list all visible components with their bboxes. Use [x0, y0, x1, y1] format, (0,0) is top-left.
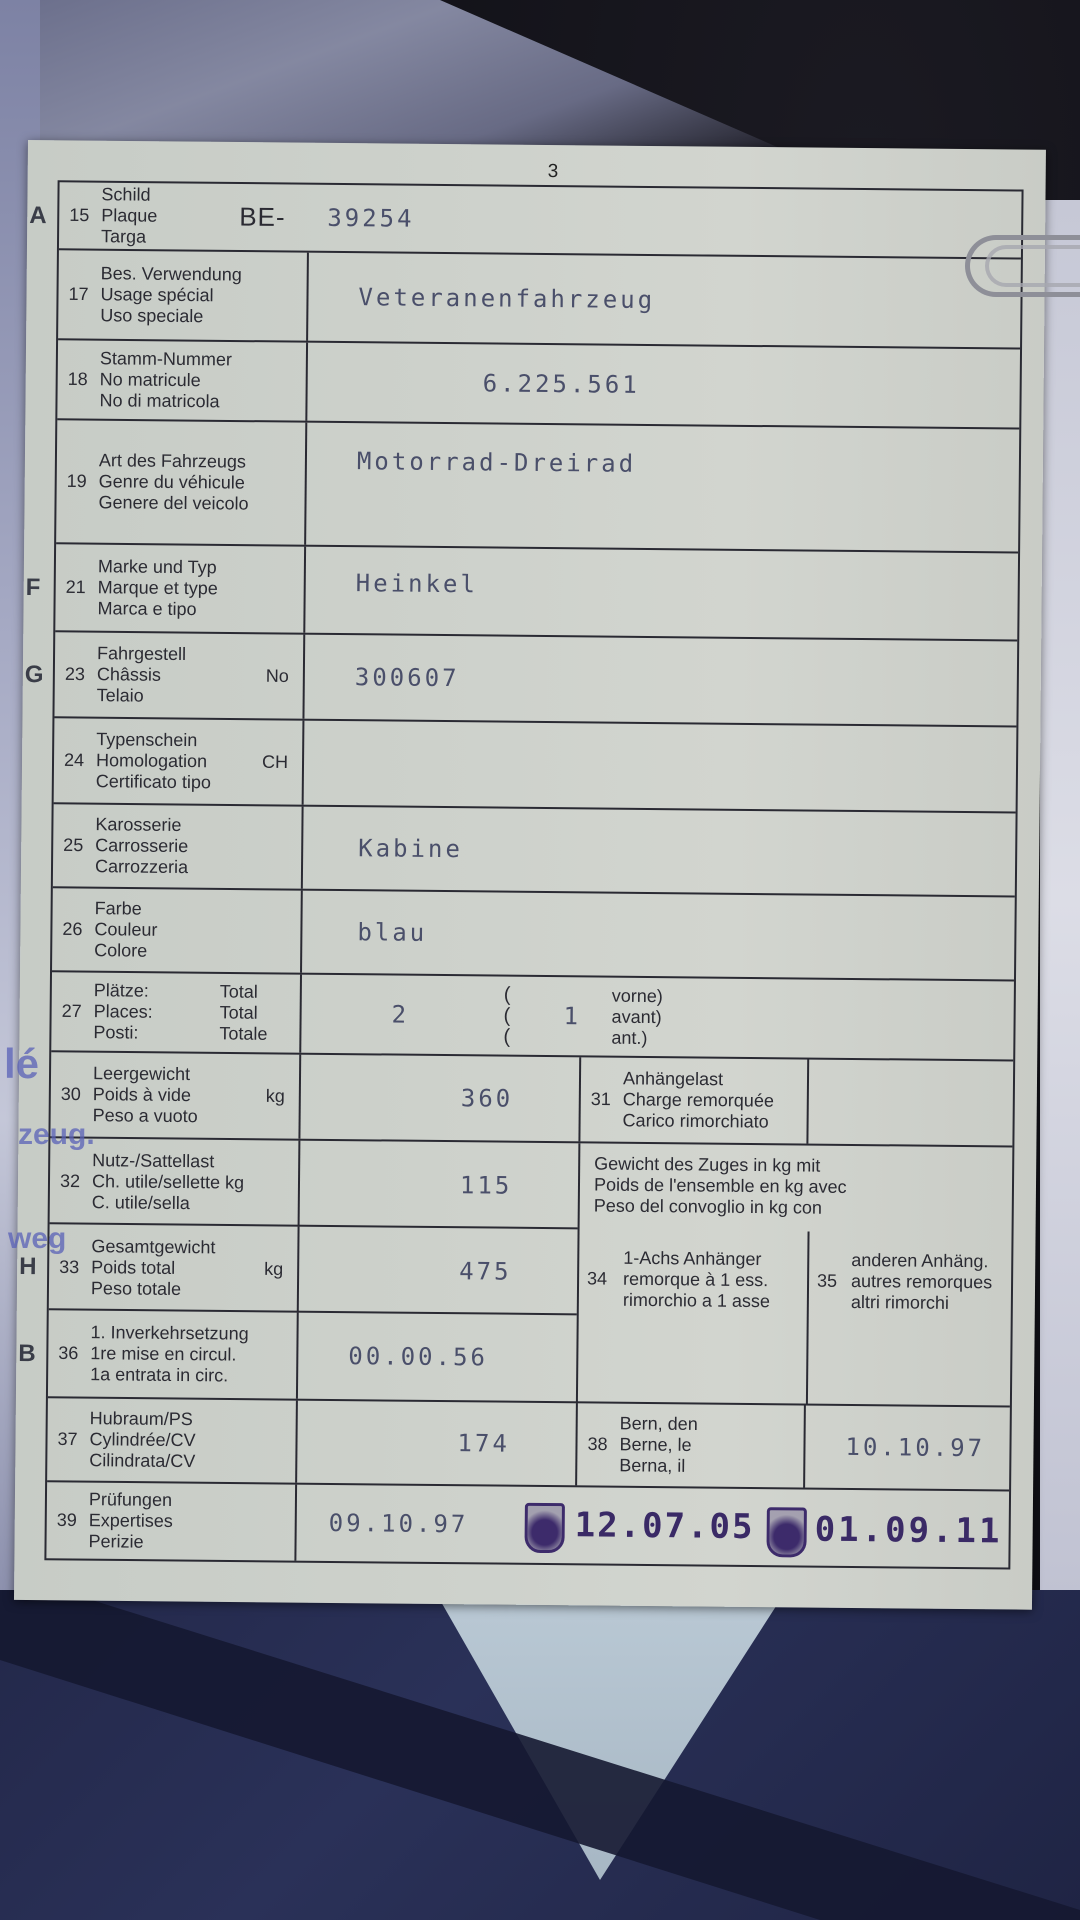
field-suffix: No [266, 666, 289, 687]
field-31-trailer-load: 31 AnhängelastCharge remorquéeCarico rim… [578, 1057, 807, 1143]
field-number: 33 [59, 1257, 79, 1278]
field-number: 19 [67, 471, 87, 492]
field-label: Plätze:Places:Posti: [93, 980, 153, 1044]
field-label: AnhängelastCharge remorquéeCarico rimorc… [623, 1068, 775, 1132]
field-number: 26 [62, 919, 82, 940]
field-number: 25 [63, 835, 83, 856]
field-number: 38 [587, 1434, 607, 1455]
displacement-value: 174 [457, 1429, 510, 1458]
bern-coat-of-arms-stamp-icon [766, 1507, 806, 1557]
special-use-value: Veteranenfahrzeug [358, 283, 655, 314]
side-code-b: B [18, 1340, 36, 1368]
page-number: 3 [548, 161, 559, 183]
field-25-body: 25 KarosserieCarrosserieCarrozzeria Kabi… [53, 804, 1016, 897]
field-19-vehicle-type: 19 Art des FahrzeugsGenre du véhiculeGen… [56, 420, 1019, 553]
issue-date-cell: 10.10.97 [803, 1406, 1010, 1490]
field-23-chassis: G 23 FahrgestellChâssisTelaio No 300607 [54, 632, 1017, 727]
bleed-stamp-1: lé [4, 1040, 39, 1088]
train-weight-header: Gewicht des Zuges in kg mitPoids de l'en… [594, 1153, 847, 1218]
field-label: Hubraum/PSCylindrée/CVCilindrata/CV [89, 1408, 196, 1472]
field-label: Marke und TypMarque et typeMarca e tipo [97, 556, 218, 620]
field-number: 39 [57, 1510, 77, 1531]
field-38-issue-place: 38 Bern, denBerne, leBerna, il [575, 1403, 804, 1487]
field-label-total: TotalTotalTotale [219, 981, 268, 1044]
paper-stack-edge [1040, 200, 1080, 1600]
first-registration-value: 00.00.56 [348, 1342, 488, 1371]
empty-weight-value: 360 [461, 1084, 514, 1113]
chassis-value: 300607 [355, 663, 460, 692]
field-number: 31 [591, 1089, 611, 1110]
field-30-empty-weight: 30 LeergewichtPoids à videPeso a vuoto k… [50, 1052, 1013, 1147]
registration-document: 3 A 15 SchildPlaqueTarga BE- 39254 17 Be… [14, 140, 1046, 1610]
field-label: PrüfungenExpertisesPerizie [88, 1489, 173, 1553]
field-17-special-use: 17 Bes. VerwendungUsage spécialUso speci… [58, 250, 1021, 349]
side-code-h: H [19, 1253, 37, 1281]
field-number: 15 [69, 205, 89, 226]
vehicle-type-value: Motorrad-Dreirad [357, 447, 636, 478]
bern-coat-of-arms-stamp-icon [524, 1503, 564, 1553]
field-label: 1. Inverkehrsetzung1re mise en circul.1a… [90, 1322, 249, 1387]
field-label: Bern, denBerne, leBerna, il [619, 1413, 698, 1477]
field-number: 27 [62, 1001, 82, 1022]
field-label: SchildPlaqueTarga [101, 184, 158, 248]
seats-front-label: vorne)avant)ant.) [611, 986, 663, 1049]
field-label: FarbeCouleurColore [94, 898, 158, 962]
field-label: GesamtgewichtPoids totalPeso totale [91, 1236, 216, 1300]
field-number: 37 [57, 1429, 77, 1450]
field-label: KarosserieCarrosserieCarrozzeria [95, 814, 189, 878]
inspection-date-1: 09.10.97 [329, 1509, 469, 1538]
plate-number: 39254 [327, 204, 415, 233]
make-value: Heinkel [356, 569, 478, 598]
field-suffix: kg [264, 1259, 283, 1280]
side-code-f: F [26, 574, 41, 602]
field-21-make: F 21 Marke und TypMarque et typeMarca e … [55, 544, 1018, 641]
seats-total-value: 2 [391, 1001, 409, 1029]
field-label: FahrgestellChâssisTelaio [97, 643, 187, 707]
field-39-inspections: 39 PrüfungenExpertisesPerizie 09.10.97 1… [46, 1482, 1009, 1567]
seats-front-value: 1 [563, 1002, 581, 1030]
field-37-displacement: 37 Hubraum/PSCylindrée/CVCilindrata/CV 1… [47, 1398, 1010, 1491]
field-27-seats: 27 Plätze:Places:Posti: TotalTotalTotale… [51, 972, 1014, 1061]
payload-value: 115 [460, 1171, 513, 1200]
inspection-date-3: 01.09.11 [815, 1510, 1003, 1552]
train-weight-block: Gewicht des Zuges in kg mitPoids de l'en… [576, 1143, 1012, 1407]
field-suffix: kg [266, 1086, 285, 1107]
plate-prefix: BE- [239, 202, 286, 233]
field-label: Art des FahrzeugsGenre du véhiculeGenere… [98, 450, 249, 514]
bleed-stamp-3: weg [8, 1222, 66, 1256]
field-18-registration-number: 18 Stamm-NummerNo matriculeNo di matrico… [57, 340, 1020, 429]
trailer-load-value [806, 1060, 1013, 1146]
field-number: 32 [60, 1171, 80, 1192]
side-code-g: G [25, 661, 44, 689]
field-label: 1-Achs Anhängerremorque à 1 ess.rimorchi… [623, 1248, 771, 1312]
field-label: anderen Anhäng.autres remorquesaltri rim… [851, 1250, 993, 1314]
field-label: Bes. VerwendungUsage spécialUso speciale [100, 263, 242, 327]
bleed-stamp-2: zeug. [18, 1118, 95, 1152]
field-number: 30 [61, 1084, 81, 1105]
field-24-homologation: 24 TypenscheinHomologationCertificato ti… [54, 718, 1017, 813]
total-weight-value: 475 [459, 1257, 512, 1286]
field-number: 24 [64, 750, 84, 771]
field-label: Stamm-NummerNo matriculeNo di matricola [99, 348, 232, 412]
field-label: Nutz-/SattellastCh. utile/sellette kgC. … [92, 1150, 245, 1214]
field-label: LeergewichtPoids à videPeso a vuoto [93, 1063, 199, 1127]
registration-number-value: 6.225.561 [483, 369, 640, 399]
registration-form: A 15 SchildPlaqueTarga BE- 39254 17 Bes.… [44, 180, 1023, 1569]
side-code-a: A [29, 202, 47, 230]
field-15-plate: A 15 SchildPlaqueTarga BE- 39254 [59, 182, 1022, 259]
field-label: TypenscheinHomologationCertificato tipo [96, 729, 212, 793]
field-number: 17 [68, 284, 88, 305]
field-26-color: 26 FarbeCouleurColore blau [52, 888, 1015, 981]
field-suffix: CH [262, 752, 288, 773]
field-number: 23 [65, 664, 85, 685]
body-value: Kabine [358, 834, 463, 863]
paperclip-inner-icon [985, 245, 1080, 287]
issue-date-value: 10.10.97 [845, 1433, 985, 1462]
field-number: 18 [68, 369, 88, 390]
field-number: 21 [66, 577, 86, 598]
color-value: blau [357, 918, 427, 947]
parenthesis-open: ((( [503, 985, 510, 1048]
field-number: 36 [58, 1343, 78, 1364]
inspection-date-2: 12.07.05 [575, 1505, 755, 1547]
